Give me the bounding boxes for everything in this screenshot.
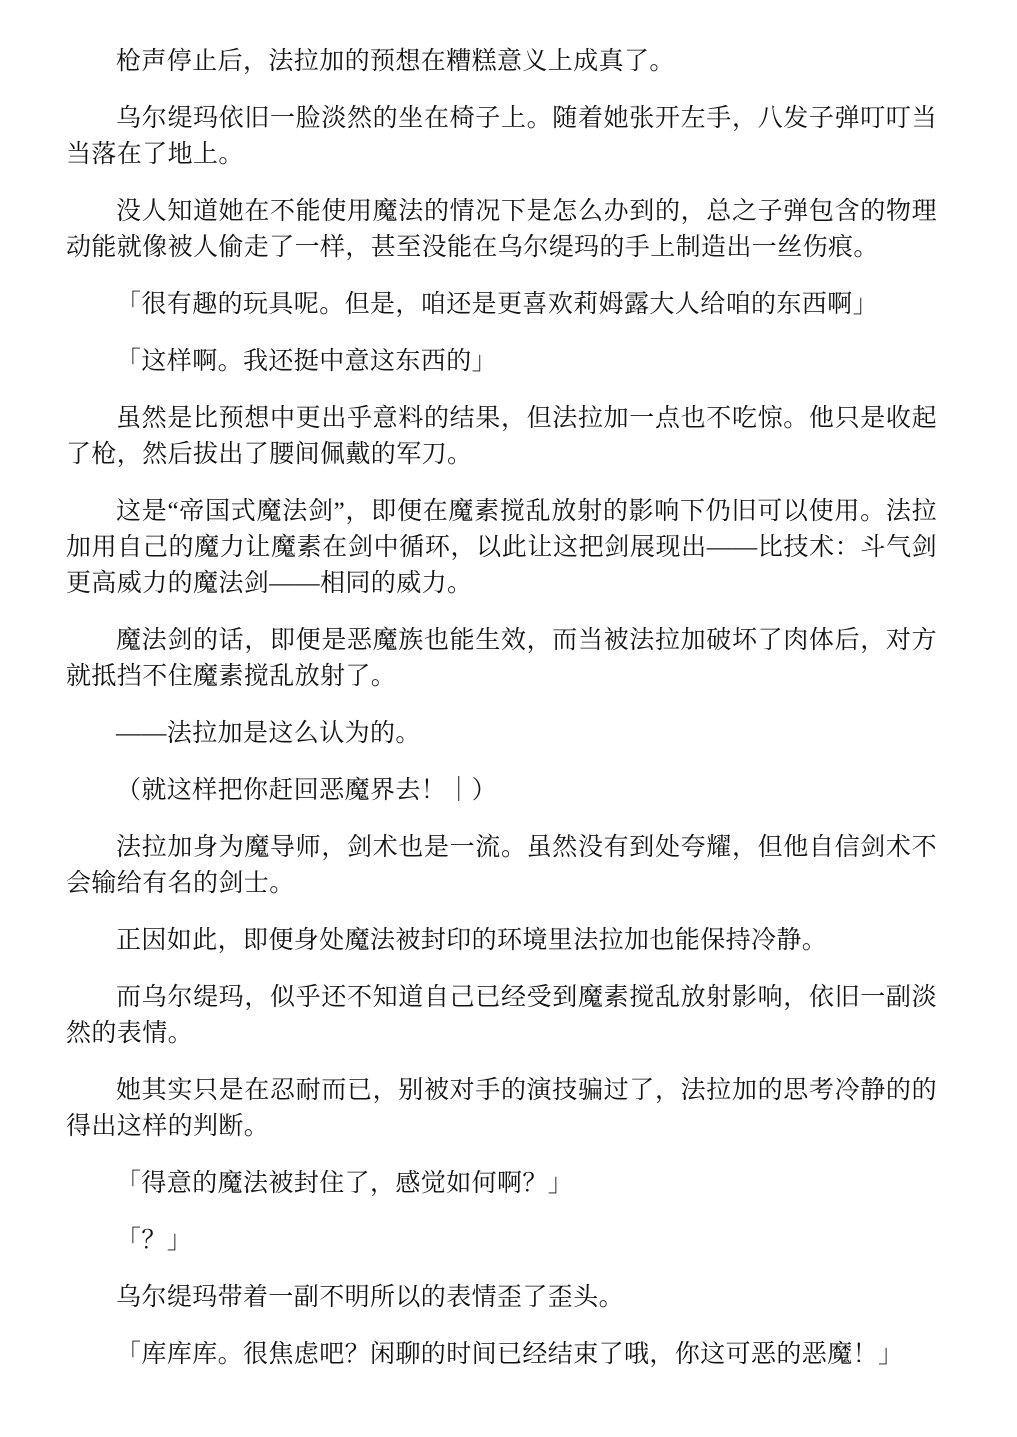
paragraph: ——法拉加是这么认为的。 [66,716,937,752]
paragraph: 枪声停止后，法拉加的预想在糟糕意义上成真了。 [66,44,937,80]
paragraph: 乌尔缇玛依旧一脸淡然的坐在椅子上。随着她张开左手，八发子弹叮叮当当落在了地上。 [66,101,937,173]
paragraph: 魔法剑的话，即便是恶魔族也能生效，而当被法拉加破坏了肉体后，对方就抵挡不住魔素搅… [66,623,937,695]
paragraph: 她其实只是在忍耐而已，别被对手的演技骗过了，法拉加的思考冷静的的得出这样的判断。 [66,1073,937,1145]
paragraph: 「这样啊。我还挺中意这东西的」 [66,344,937,380]
paragraph: 而乌尔缇玛，似乎还不知道自己已经受到魔素搅乱放射影响，依旧一副淡然的表情。 [66,980,937,1052]
paragraph: 「得意的魔法被封住了，感觉如何啊？」 [66,1166,937,1202]
document-page: 枪声停止后，法拉加的预想在糟糕意义上成真了。乌尔缇玛依旧一脸淡然的坐在椅子上。随… [0,0,1017,1437]
paragraph: 正因如此，即便身处魔法被封印的环境里法拉加也能保持冷静。 [66,923,937,959]
paragraph: 「库库库。很焦虑吧？闲聊的时间已经结束了哦，你这可恶的恶魔！」 [66,1337,937,1373]
paragraph: 虽然是比预想中更出乎意料的结果，但法拉加一点也不吃惊。他只是收起了枪，然后拔出了… [66,401,937,473]
paragraph: 「？」 [66,1223,937,1259]
paragraph: 乌尔缇玛带着一副不明所以的表情歪了歪头。 [66,1280,937,1316]
paragraph: 这是“帝国式魔法剑”，即便在魔素搅乱放射的影响下仍旧可以使用。法拉加用自己的魔力… [66,494,937,602]
paragraph-list: 枪声停止后，法拉加的预想在糟糕意义上成真了。乌尔缇玛依旧一脸淡然的坐在椅子上。随… [66,44,937,1373]
paragraph: 法拉加身为魔导师，剑术也是一流。虽然没有到处夸耀，但他自信剑术不会输给有名的剑士… [66,830,937,902]
paragraph: 没人知道她在不能使用魔法的情况下是怎么办到的，总之子弹包含的物理动能就像被人偷走… [66,194,937,266]
paragraph: （就这样把你赶回恶魔界去！｜） [66,773,937,809]
paragraph: 「很有趣的玩具呢。但是，咱还是更喜欢莉姆露大人给咱的东西啊」 [66,287,937,323]
